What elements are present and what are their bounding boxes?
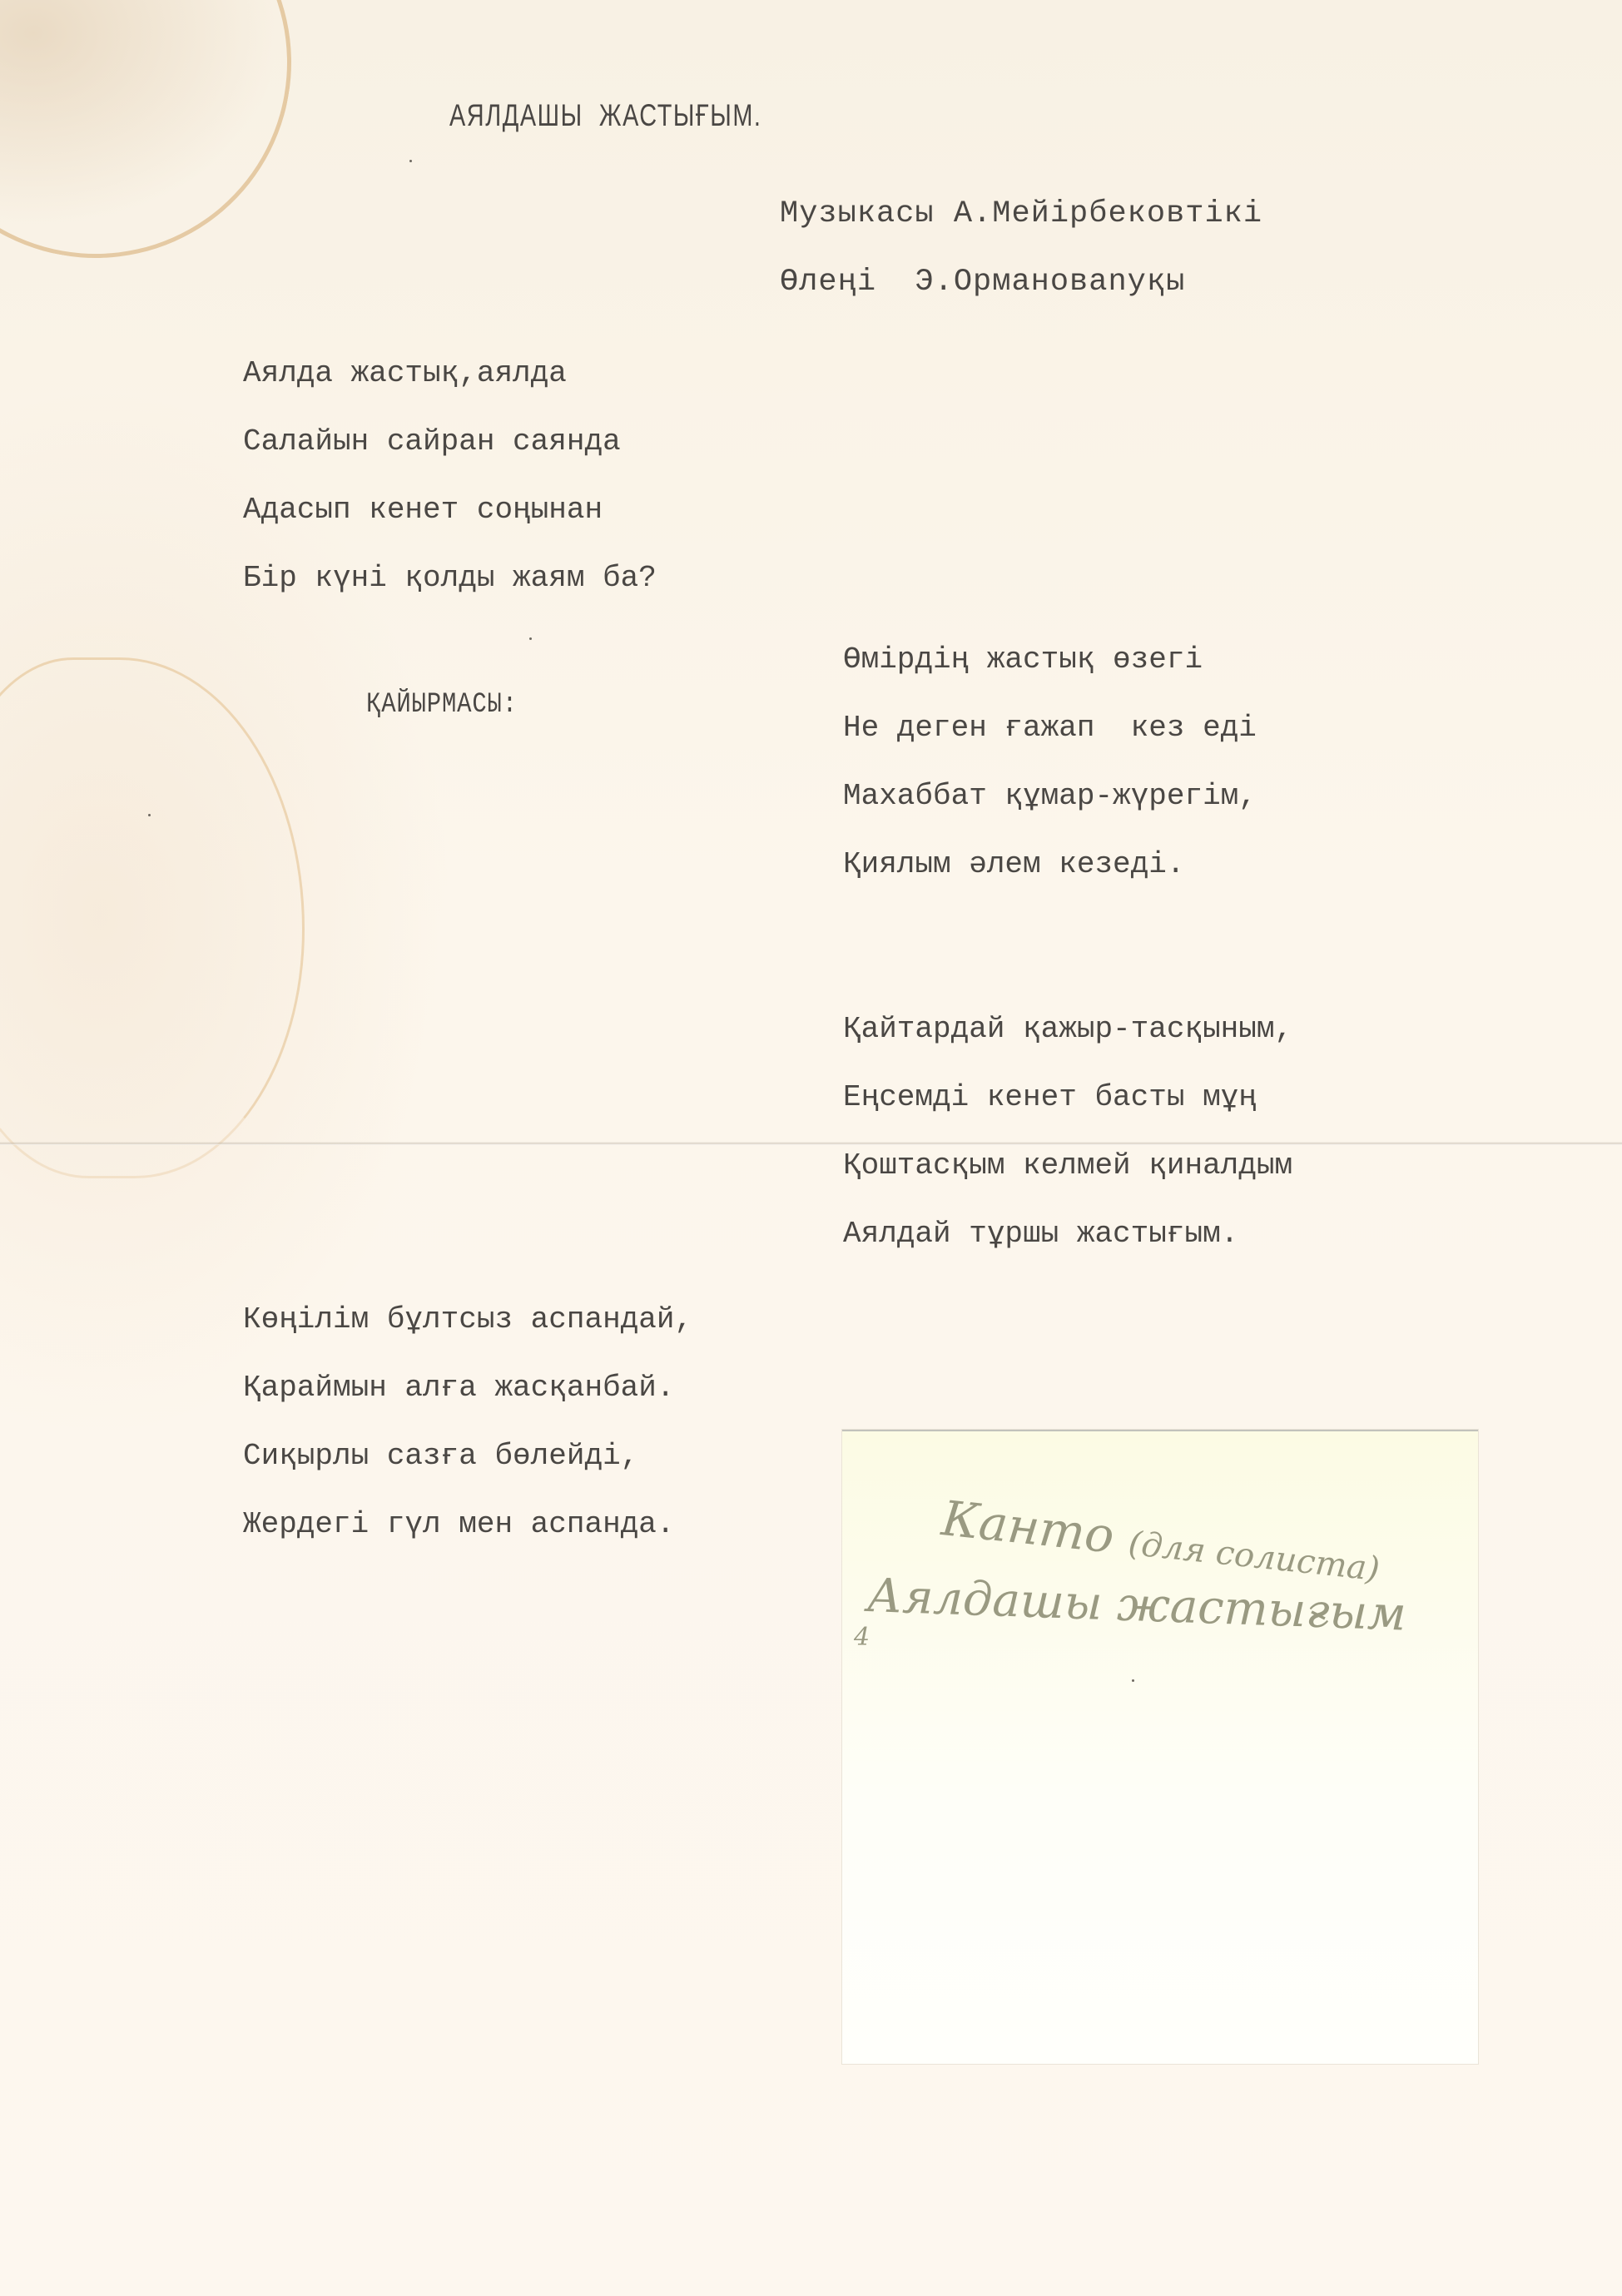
verse-line: Салайын сайран саянда [243,408,657,476]
refrain: Өмірдің жастық өзегі Не деген ғажап кез … [843,626,1257,899]
sticky-note: Канто (для солиста) Аялдашы жастығым 4 [842,1430,1478,2064]
verse-line: Қоштасқым келмей қиналдым [843,1132,1292,1200]
lyrics-credit: Өлеңі Э.Ормановanyқы [780,265,1185,300]
verse-4: Көңілім бұлтсыз аспандай, Қараймын алға … [243,1286,692,1559]
song-title: АЯЛДАШЫ ЖАСТЫҒЫМ. [449,98,762,133]
music-credit: Музыкасы А.Мейірбековтікі [780,196,1262,231]
paper-fold-crease [0,1142,1622,1145]
handwritten-mark: 4 [854,1623,870,1652]
verse-line: Көңілім бұлтсыз аспандай, [243,1286,692,1354]
verse-line: Не деген ғажап кез еді [843,694,1257,762]
verse-3: Қайтардай қажыр-тасқыным, Еңсемді кенет … [843,995,1292,1268]
verse-line: Қараймын алға жасқанбай. [243,1354,692,1422]
verse-line: Сиқырлы сазға бөлейді, [243,1422,692,1490]
verse-line: Еңсемді кенет басты мұң [843,1064,1292,1132]
verse-1: Аялда жастық,аялда Салайын сайран саянда… [243,340,657,612]
verse-line: Қайтардай қажыр-тасқыным, [843,995,1292,1064]
ink-speck [409,160,412,162]
note-main-word: Канто [939,1490,1117,1564]
verse-line: Қиялым әлем кезеді. [843,831,1257,899]
verse-line: Махаббат құмар-жүрегім, [843,762,1257,831]
ink-speck [529,637,532,640]
refrain-label: ҚАЙЫРМАСЫ: [366,689,518,721]
ink-speck [1132,1679,1134,1682]
verse-line: Бір күні қолды жаям ба? [243,544,657,612]
ink-speck [148,814,151,816]
verse-line: Өмірдің жастық өзегі [843,626,1257,694]
verse-line: Жердегі гүл мен аспанда. [243,1490,692,1559]
verse-line: Аялдай тұршы жастығым. [843,1200,1292,1268]
verse-line: Аялда жастық,аялда [243,340,657,408]
verse-line: Адасып кенет соңынан [243,476,657,544]
